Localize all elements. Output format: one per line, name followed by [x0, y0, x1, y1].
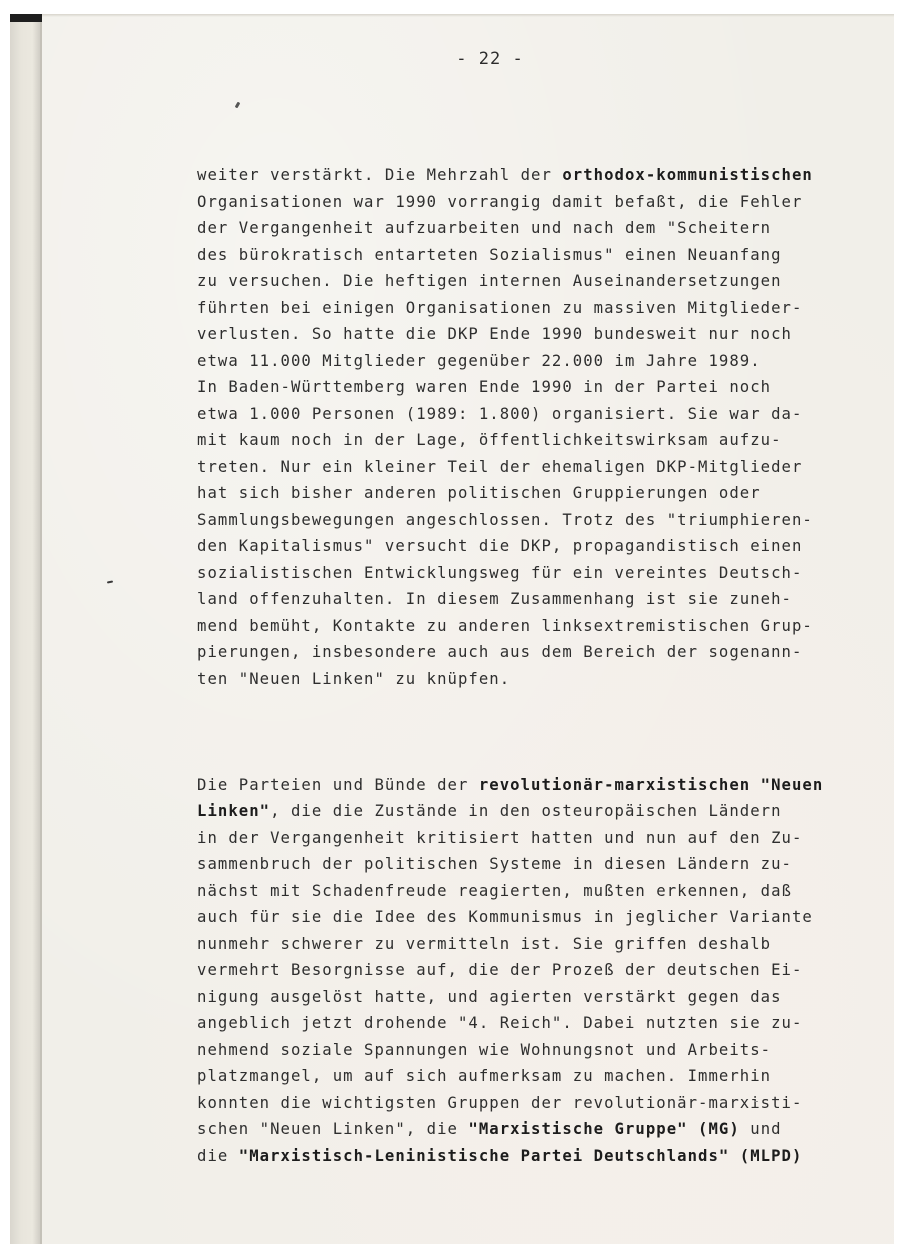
text-line: konnten die wichtigsten Gruppen der revo…	[197, 1090, 857, 1117]
emphasized-term: revolutionär-marxistischen "Neuen	[479, 776, 823, 794]
text-segment: sozialistischen Entwicklungsweg für ein …	[197, 564, 802, 582]
paragraph-orthodox-communists: weiter verstärkt. Die Mehrzahl der ortho…	[197, 162, 857, 692]
text-line: etwa 11.000 Mitglieder gegenüber 22.000 …	[197, 348, 857, 375]
text-segment: platzmangel, um auf sich aufmerksam zu m…	[197, 1067, 771, 1085]
binding-strip	[10, 14, 42, 1244]
binding-edge	[40, 14, 42, 1244]
text-line: angeblich jetzt drohende "4. Reich". Dab…	[197, 1010, 857, 1037]
text-line: pierungen, insbesondere auch aus dem Ber…	[197, 639, 857, 666]
text-line: den Kapitalismus" versucht die DKP, prop…	[197, 533, 857, 560]
text-segment: auch für sie die Idee des Kommunismus in…	[197, 908, 813, 926]
text-segment: nächst mit Schadenfreude reagierten, muß…	[197, 882, 792, 900]
text-line: vermehrt Besorgnisse auf, die der Prozeß…	[197, 957, 857, 984]
text-line: In Baden-Württemberg waren Ende 1990 in …	[197, 374, 857, 401]
text-segment: und	[740, 1120, 782, 1138]
text-line: etwa 1.000 Personen (1989: 1.800) organi…	[197, 401, 857, 428]
text-segment: angeblich jetzt drohende "4. Reich". Dab…	[197, 1014, 802, 1032]
text-line: treten. Nur ein kleiner Teil der ehemali…	[197, 454, 857, 481]
emphasized-term: orthodox-kommunistischen	[562, 166, 813, 184]
paragraph-new-left: Die Parteien und Bünde der revolutionär-…	[197, 772, 857, 1170]
text-line: Sammlungsbewegungen angeschlossen. Trotz…	[197, 507, 857, 534]
text-line: nigung ausgelöst hatte, und agierten ver…	[197, 984, 857, 1011]
text-line: hat sich bisher anderen politischen Grup…	[197, 480, 857, 507]
text-line: platzmangel, um auf sich aufmerksam zu m…	[197, 1063, 857, 1090]
text-segment: land offenzuhalten. In diesem Zusammenha…	[197, 590, 792, 608]
corner-mark	[10, 14, 42, 22]
text-line: auch für sie die Idee des Kommunismus in…	[197, 904, 857, 931]
text-line: ten "Neuen Linken" zu knüpfen.	[197, 666, 857, 693]
text-segment: konnten die wichtigsten Gruppen der revo…	[197, 1094, 802, 1112]
text-segment: schen "Neuen Linken", die	[197, 1120, 468, 1138]
text-line: nehmend soziale Spannungen wie Wohnungsn…	[197, 1037, 857, 1064]
text-line: mit kaum noch in der Lage, öffentlichkei…	[197, 427, 857, 454]
page-number: - 22 -	[0, 49, 900, 69]
text-segment: etwa 11.000 Mitglieder gegenüber 22.000 …	[197, 352, 761, 370]
text-line: zu versuchen. Die heftigen internen Ause…	[197, 268, 857, 295]
text-segment: der Vergangenheit aufzuarbeiten und nach…	[197, 219, 771, 237]
text-segment: treten. Nur ein kleiner Teil der ehemali…	[197, 458, 802, 476]
text-line: nächst mit Schadenfreude reagierten, muß…	[197, 878, 857, 905]
text-segment: mit kaum noch in der Lage, öffentlichkei…	[197, 431, 782, 449]
text-line: land offenzuhalten. In diesem Zusammenha…	[197, 586, 857, 613]
text-line: nunmehr schwerer zu vermitteln ist. Sie …	[197, 931, 857, 958]
text-segment: verlusten. So hatte die DKP Ende 1990 bu…	[197, 325, 792, 343]
text-segment: pierungen, insbesondere auch aus dem Ber…	[197, 643, 802, 661]
text-segment: weiter verstärkt. Die Mehrzahl der	[197, 166, 562, 184]
text-line: führten bei einigen Organisationen zu ma…	[197, 295, 857, 322]
text-segment: nehmend soziale Spannungen wie Wohnungsn…	[197, 1041, 771, 1059]
text-segment: Organisationen war 1990 vorrangig damit …	[197, 193, 802, 211]
emphasized-term: Linken"	[197, 802, 270, 820]
scan-speck	[754, 1101, 758, 1102]
text-segment: in der Vergangenheit kritisiert hatten u…	[197, 829, 802, 847]
text-line: Die Parteien und Bünde der revolutionär-…	[197, 772, 857, 799]
text-line: verlusten. So hatte die DKP Ende 1990 bu…	[197, 321, 857, 348]
text-segment: ten "Neuen Linken" zu knüpfen.	[197, 670, 510, 688]
text-segment: Sammlungsbewegungen angeschlossen. Trotz…	[197, 511, 813, 529]
text-segment: nigung ausgelöst hatte, und agierten ver…	[197, 988, 782, 1006]
text-line: der Vergangenheit aufzuarbeiten und nach…	[197, 215, 857, 242]
text-segment: Die Parteien und Bünde der	[197, 776, 479, 794]
emphasized-term: "Marxistische Gruppe" (MG)	[468, 1120, 739, 1138]
text-line: mend bemüht, Kontakte zu anderen linksex…	[197, 613, 857, 640]
emphasized-term: "Marxistisch-Leninistische Partei Deutsc…	[239, 1147, 803, 1165]
text-line: des bürokratisch entarteten Sozialismus"…	[197, 242, 857, 269]
text-segment: die	[197, 1147, 239, 1165]
text-segment: des bürokratisch entarteten Sozialismus"…	[197, 246, 782, 264]
body-text: weiter verstärkt. Die Mehrzahl der ortho…	[197, 109, 857, 1196]
text-line: sammenbruch der politischen Systeme in d…	[197, 851, 857, 878]
text-segment: zu versuchen. Die heftigen internen Ause…	[197, 272, 782, 290]
text-line: schen "Neuen Linken", die "Marxistische …	[197, 1116, 857, 1143]
text-line: in der Vergangenheit kritisiert hatten u…	[197, 825, 857, 852]
text-line: sozialistischen Entwicklungsweg für ein …	[197, 560, 857, 587]
text-segment: , die die Zustände in den osteuropäische…	[270, 802, 781, 820]
text-line: weiter verstärkt. Die Mehrzahl der ortho…	[197, 162, 857, 189]
text-segment: etwa 1.000 Personen (1989: 1.800) organi…	[197, 405, 802, 423]
text-line: die "Marxistisch-Leninistische Partei De…	[197, 1143, 857, 1170]
page-top-shadow	[42, 14, 894, 17]
text-segment: den Kapitalismus" versucht die DKP, prop…	[197, 537, 802, 555]
text-line: Organisationen war 1990 vorrangig damit …	[197, 189, 857, 216]
text-segment: vermehrt Besorgnisse auf, die der Prozeß…	[197, 961, 802, 979]
text-segment: In Baden-Württemberg waren Ende 1990 in …	[197, 378, 771, 396]
text-segment: sammenbruch der politischen Systeme in d…	[197, 855, 792, 873]
text-segment: mend bemüht, Kontakte zu anderen linksex…	[197, 617, 813, 635]
text-segment: führten bei einigen Organisationen zu ma…	[197, 299, 802, 317]
text-segment: hat sich bisher anderen politischen Grup…	[197, 484, 761, 502]
text-line: Linken", die die Zustände in den osteuro…	[197, 798, 857, 825]
text-segment: nunmehr schwerer zu vermitteln ist. Sie …	[197, 935, 771, 953]
